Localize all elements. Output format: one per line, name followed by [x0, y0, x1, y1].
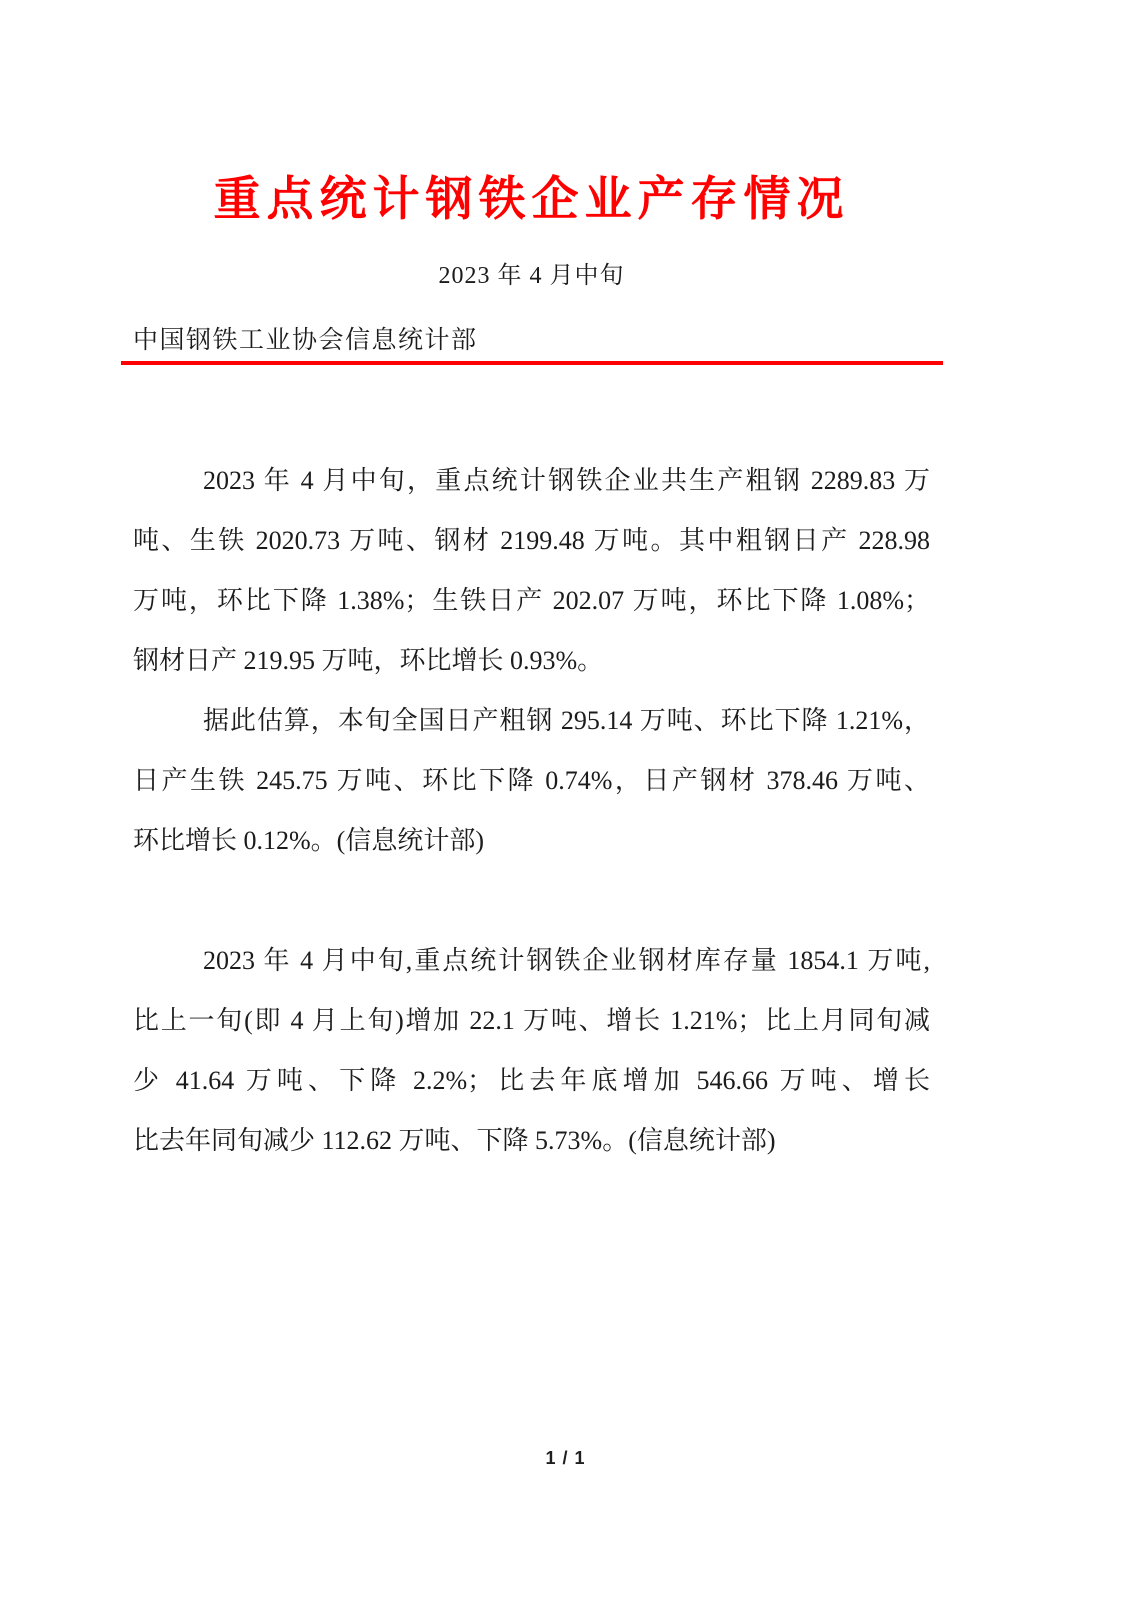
document-content: 重点统计钢铁企业产存情况 2023 年 4 月中旬 中国钢铁工业协会信息统计部 …: [133, 0, 930, 1171]
page-number: 1 / 1: [0, 1448, 1131, 1469]
body-line: 环比增长 0.12%。(信息统计部): [133, 811, 930, 871]
body-line: 据此估算，本旬全国日产粗钢 295.14 万吨、环比下降 1.21%，: [133, 691, 930, 751]
body-line: 日产生铁 245.75 万吨、环比下降 0.74%，日产钢材 378.46 万吨…: [133, 751, 930, 811]
body-line: 2023 年 4 月中旬,重点统计钢铁企业钢材库存量 1854.1 万吨,: [133, 931, 930, 991]
organization-name: 中国钢铁工业协会信息统计部: [133, 320, 930, 356]
paragraph-production: 2023 年 4 月中旬，重点统计钢铁企业共生产粗钢 2289.83 万 吨、生…: [133, 451, 930, 691]
paragraph-national-estimate: 据此估算，本旬全国日产粗钢 295.14 万吨、环比下降 1.21%， 日产生铁…: [133, 691, 930, 871]
body-line: 2023 年 4 月中旬，重点统计钢铁企业共生产粗钢 2289.83 万: [133, 451, 930, 511]
red-divider-rule: [121, 361, 943, 365]
document-page: 重点统计钢铁企业产存情况 2023 年 4 月中旬 中国钢铁工业协会信息统计部 …: [0, 0, 1131, 1600]
body-line: 少 41.64 万吨、下降 2.2%；比去年底增加 546.66 万吨、增长 4…: [133, 1051, 930, 1111]
document-body: 2023 年 4 月中旬，重点统计钢铁企业共生产粗钢 2289.83 万 吨、生…: [133, 451, 930, 1171]
body-line: 比去年同旬减少 112.62 万吨、下降 5.73%。(信息统计部): [133, 1111, 930, 1171]
paragraph-inventory: 2023 年 4 月中旬,重点统计钢铁企业钢材库存量 1854.1 万吨, 比上…: [133, 931, 930, 1171]
body-line: 钢材日产 219.95 万吨，环比增长 0.93%。: [133, 631, 930, 691]
body-line: 比上一旬(即 4 月上旬)增加 22.1 万吨、增长 1.21%；比上月同旬减: [133, 991, 930, 1051]
document-subtitle: 2023 年 4 月中旬: [133, 255, 930, 290]
document-title: 重点统计钢铁企业产存情况: [133, 170, 930, 229]
body-line: 万吨，环比下降 1.38%；生铁日产 202.07 万吨，环比下降 1.08%；: [133, 571, 930, 631]
body-line: 吨、生铁 2020.73 万吨、钢材 2199.48 万吨。其中粗钢日产 228…: [133, 511, 930, 571]
